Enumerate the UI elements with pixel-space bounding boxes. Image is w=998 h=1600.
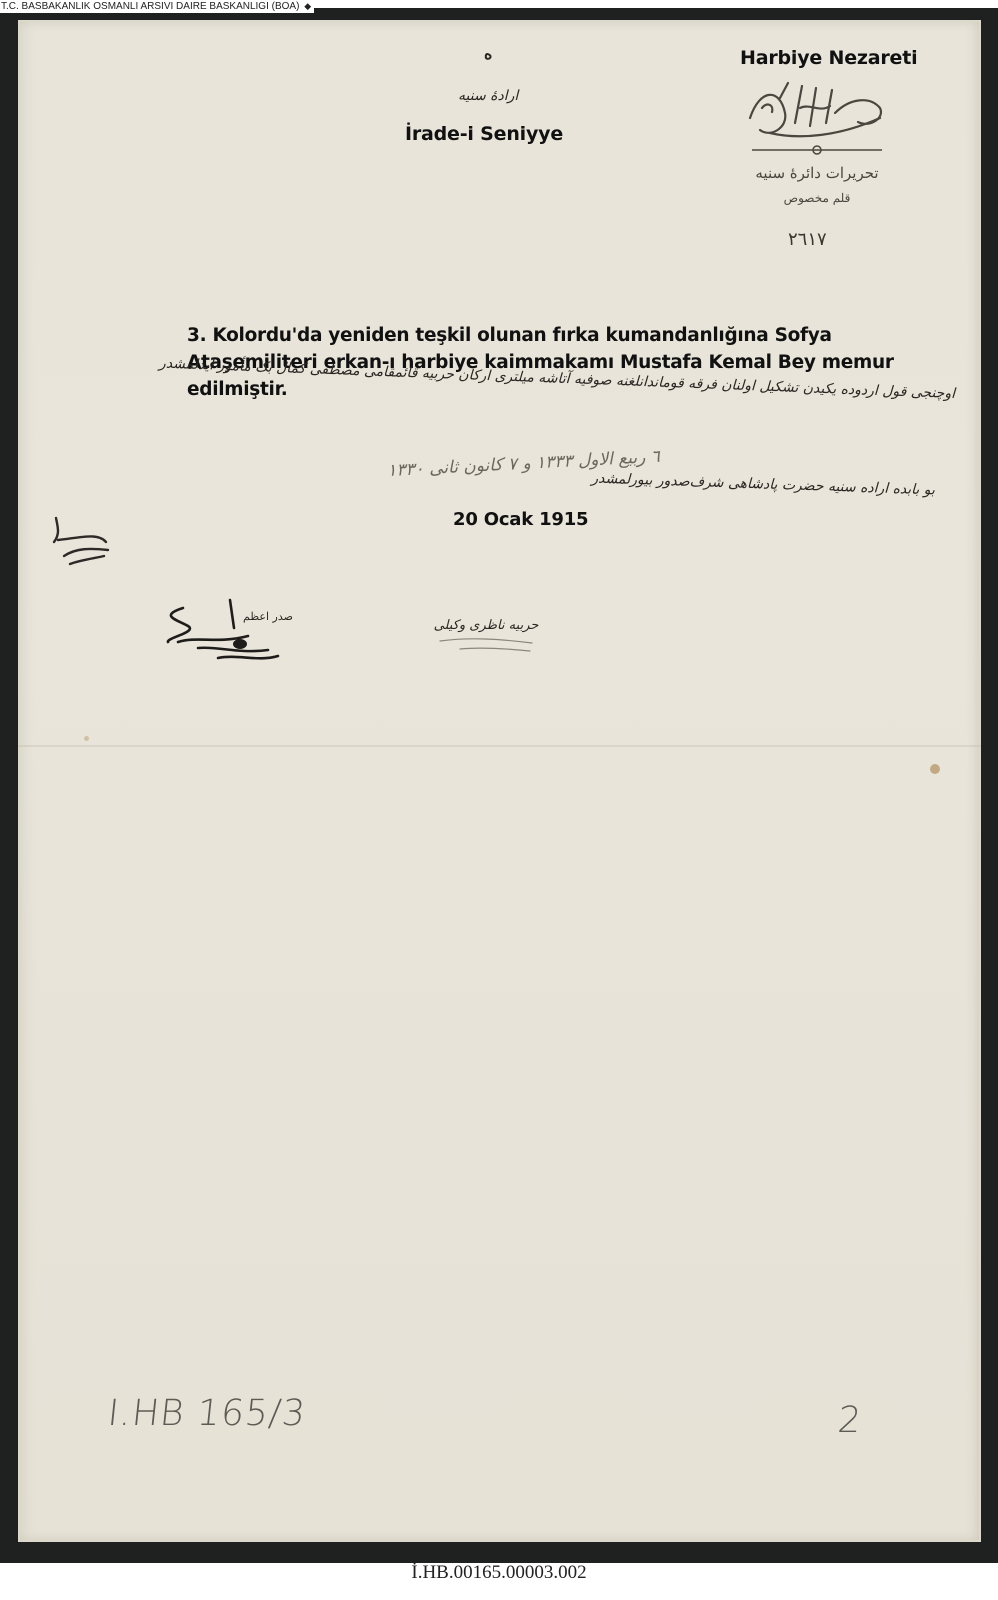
tughra-seal-icon: تحریرات دائرهٔ سنیه قلم مخصوص — [740, 78, 890, 210]
reference-code-caption: İ.HB.00165.00003.002 — [0, 1562, 998, 1584]
document-page — [18, 20, 981, 1542]
grand-vizier-signature: صدر اعظم — [158, 598, 298, 677]
irade-label: İrade-i Seniyye — [405, 123, 563, 145]
archive-banner: T.C. BASBAKANLIK OSMANLI ARSIVI DAIRE BA… — [0, 0, 314, 13]
svg-text:صدر اعظم: صدر اعظم — [243, 610, 293, 623]
paper-stain — [84, 736, 89, 741]
archive-banner-text: T.C. BASBAKANLIK OSMANLI ARSIVI DAIRE BA… — [1, 1, 299, 12]
paper-fold-line — [18, 745, 981, 747]
arrow-icon: ◆ — [304, 1, 311, 11]
seal-register-number: ٢٦١٧ — [788, 229, 827, 250]
svg-text:حربیه ناظری وکیلی: حربیه ناظری وکیلی — [434, 618, 540, 633]
war-minister-signature: حربیه ناظری وکیلی — [440, 605, 540, 664]
ministry-label: Harbiye Nezareti — [740, 47, 917, 69]
ottoman-top-mark: ه — [484, 44, 492, 63]
svg-text:قلم مخصوص: قلم مخصوص — [784, 191, 851, 205]
paper-stain — [930, 764, 940, 774]
svg-text:تحریرات دائرهٔ سنیه: تحریرات دائرهٔ سنیه — [755, 164, 878, 182]
gregorian-date: 20 Ocak 1915 — [453, 509, 588, 530]
pencil-page-number: 2 — [836, 1400, 863, 1441]
left-margin-signature — [48, 512, 118, 576]
pencil-catalog-mark: I.HB 165/3 — [106, 1393, 308, 1434]
ottoman-irade-heading: ارادهٔ سنیه — [458, 88, 518, 104]
